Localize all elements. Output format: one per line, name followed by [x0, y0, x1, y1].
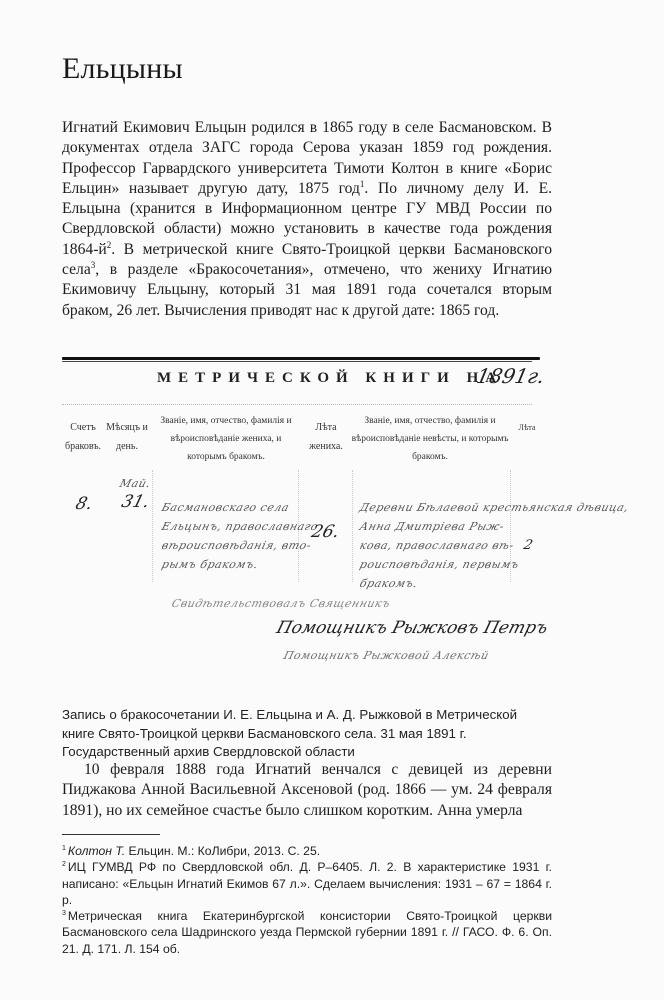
paragraph-marriage: 10 февраля 1888 года Игнатий венчался с …	[62, 760, 552, 821]
text-segment: , в разделе «Бракосочетания», отмечено, …	[62, 261, 552, 319]
entry-month: Май.	[117, 474, 152, 493]
footnote-text: ИЦ ГУМВД РФ по Свердловской обл. Д. Р–64…	[62, 860, 552, 907]
paragraph-intro: Игнатий Екимович Ельцын родился в 1865 г…	[62, 118, 552, 321]
footnote-3: 3Метрическая книга Екатеринбургской конс…	[62, 908, 552, 957]
column-header-bride-age: Лѣта	[516, 418, 538, 458]
entry-number: 8.	[73, 494, 95, 514]
footnote-number: 3	[62, 910, 66, 917]
footnote-divider	[62, 834, 160, 835]
footnote-1: 1Колтон Т. Ельцин. М.: КоЛибри, 2013. С.…	[62, 843, 552, 859]
bride-line: роисповѣданія, первымъ	[357, 555, 521, 574]
bride-line: Анна Дмитріева Рыж-	[357, 517, 506, 536]
bride-line: бракомъ.	[357, 574, 420, 593]
entry-day: 31.	[119, 492, 151, 512]
footnote-author: Колтон Т.	[68, 844, 125, 858]
column-separator	[352, 470, 353, 582]
column-header-groom: Званіе, имя, отчество, фамилія и вѣроисп…	[150, 412, 302, 466]
bride-age: 2	[522, 538, 534, 553]
footnote-number: 1	[62, 845, 66, 852]
column-header-groom-age: Лѣта жениха.	[306, 418, 346, 456]
footnote-text: Метрическая книга Екатеринбургской конси…	[62, 909, 552, 956]
signature-line: Помощникъ Рыжковъ Петръ	[274, 618, 550, 638]
chapter-title: Ельцыны	[62, 52, 183, 86]
register-dotted-divider	[62, 404, 532, 405]
groom-age: 26.	[309, 522, 341, 542]
witness-line: Свидѣтельствовалъ Священникъ	[169, 594, 392, 613]
bride-line: Деревни Бѣлаевой крестьянская дѣвица,	[357, 498, 630, 517]
footnote-text: Ельцин. М.: КоЛибри, 2013. С. 25.	[125, 844, 320, 858]
scanned-register-image: МЕТРИЧЕСКОЙ КНИГИ НА 1891г. Счетъ браков…	[62, 352, 562, 712]
footnote-2: 2ИЦ ГУМВД РФ по Свердловской обл. Д. Р–6…	[62, 859, 552, 908]
column-header-count: Счетъ браковъ.	[62, 418, 104, 456]
register-heading: МЕТРИЧЕСКОЙ КНИГИ НА	[157, 370, 503, 387]
groom-line: рымъ бракомъ.	[159, 555, 260, 574]
register-top-rule-thin	[62, 361, 532, 362]
footnotes: 1Колтон Т. Ельцин. М.: КоЛибри, 2013. С.…	[62, 843, 552, 957]
register-year: 1891г.	[474, 364, 546, 388]
groom-line: вѣроисповѣданія, вто-	[159, 536, 313, 555]
register-top-rule	[62, 357, 540, 360]
bride-line: кова, православнаго вѣ-	[357, 536, 516, 555]
figure-caption: Запись о бракосочетании И. Е. Ельцына и …	[62, 706, 552, 762]
groom-line: Ельцынъ, православнаго	[159, 517, 320, 536]
column-separator	[152, 470, 153, 582]
column-header-bride: Званіе, имя, отчество, фамилія и вѣроисп…	[350, 412, 510, 466]
signature-line: Помощникъ Рыжковой Алексѣй	[281, 646, 491, 665]
column-header-month-day: Мѣсяцъ и день.	[106, 418, 148, 456]
groom-line: Басмановскаго села крестьянинъ Игнатій Е…	[159, 498, 294, 517]
footnote-number: 2	[62, 861, 66, 868]
